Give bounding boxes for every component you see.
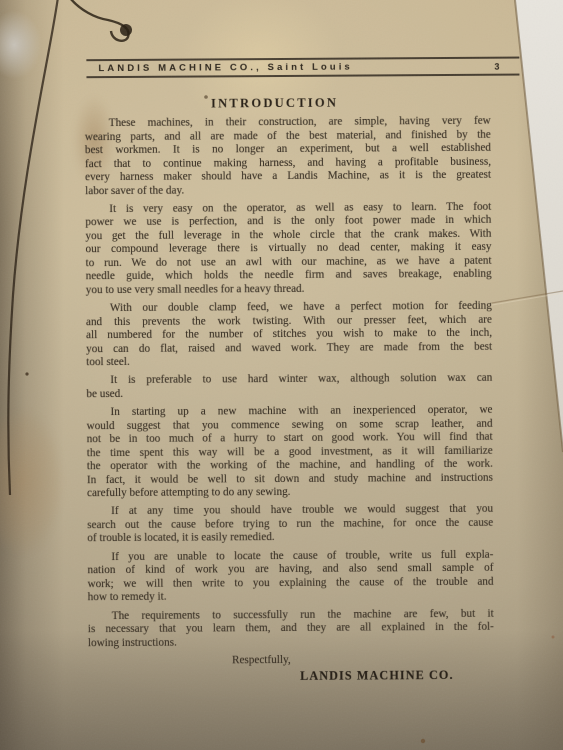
paragraph: It is very easy on the operator, as well…: [85, 201, 492, 298]
paragraph: In starting up a new machine with an ine…: [86, 404, 493, 501]
paragraph: If at any time you should have trouble w…: [87, 503, 493, 546]
closing-block: Respectfully, LANDIS MACHINE CO.: [88, 653, 494, 684]
closing-respectfully: Respectfully,: [88, 653, 494, 669]
text-line: It is preferable to use hard winter wax,…: [86, 372, 492, 388]
running-head: LANDIS MACHINE CO., Saint Louis 3: [86, 57, 519, 79]
text-line: tool steel.: [86, 354, 492, 370]
text-line: be used.: [86, 386, 492, 402]
paragraph: It is preferable to use hard winter wax,…: [86, 372, 492, 401]
text-line: work; we will then write to you explaini…: [88, 575, 494, 591]
body-paragraphs: These machines, in their construction, a…: [85, 115, 494, 651]
text-line: is necessary that you learn them, and th…: [88, 621, 494, 637]
page-number: 3: [494, 61, 519, 71]
body-column: These machines, in their construction, a…: [85, 115, 494, 685]
text-line: lowing instructions.: [88, 634, 494, 650]
paragraph: If you are unable to locate the cause of…: [87, 548, 493, 604]
paragraph: These machines, in their construction, a…: [85, 115, 491, 198]
running-head-title: LANDIS MACHINE CO., Saint Louis: [86, 62, 352, 75]
text-line: you can do flat, raised and waved work. …: [86, 340, 492, 356]
text-line: of trouble is located, it is easily reme…: [87, 530, 493, 546]
text-line: every harness maker should have a Landis…: [85, 169, 491, 185]
paragraph: The requirements to successfully run the…: [88, 607, 494, 650]
text-line: In fact, it would be well to sit down an…: [87, 471, 493, 487]
text-line: how to remedy it.: [88, 589, 494, 605]
photo-frame: LANDIS MACHINE CO., Saint Louis 3 INTROD…: [0, 0, 563, 750]
text-line: labor saver of the day.: [85, 182, 491, 198]
text-line: needle guide, which holds the needle fir…: [86, 268, 492, 284]
closing-signature: LANDIS MACHINE CO.: [88, 668, 494, 684]
page-title: INTRODUCTION: [85, 95, 491, 112]
paragraph: With our double clamp feed, we have a pe…: [86, 300, 492, 370]
text-line: you to use very small needles for a heav…: [86, 282, 492, 298]
text-line: carefully before attempting to do any se…: [87, 485, 493, 501]
printed-text-block: LANDIS MACHINE CO., Saint Louis 3 INTROD…: [0, 0, 563, 750]
